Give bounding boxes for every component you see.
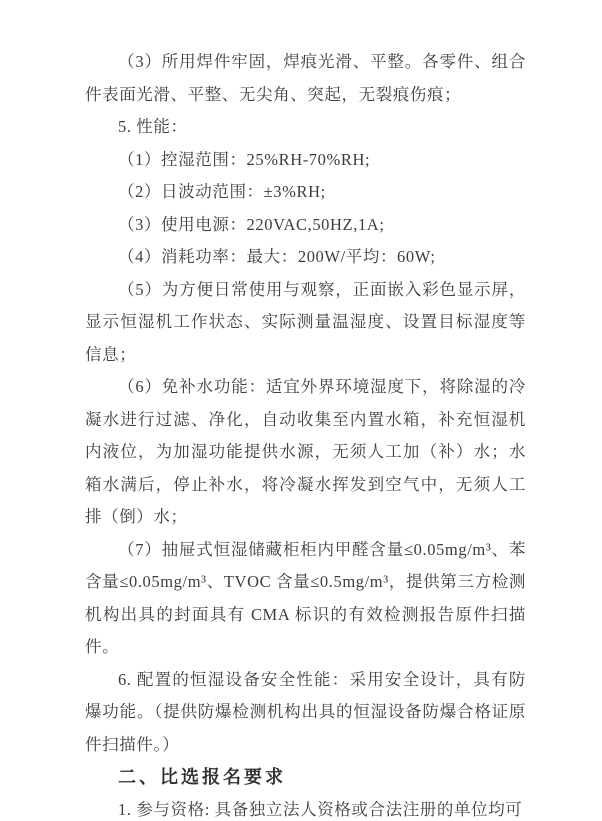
para-welding: （3）所用焊件牢固，焊痕光滑、平整。各零件、组合件表面光滑、平整、无尖角、突起，…: [85, 46, 526, 111]
para-humidity-range: （1）控湿范围：25%RH-70%RH;: [85, 144, 526, 177]
para-daily-fluctuation: （2）日波动范围：±3%RH;: [85, 176, 526, 209]
para-safety: 6. 配置的恒湿设备安全性能：采用安全设计，具有防爆功能。（提供防爆检测机构出具…: [85, 664, 526, 762]
para-power-supply: （3）使用电源：220VAC,50HZ,1A;: [85, 209, 526, 242]
para-water-free: （6）免补水功能：适宜外界环境湿度下，将除湿的冷凝水进行过滤、净化，自动收集至内…: [85, 371, 526, 534]
para-power-consumption: （4）消耗功率：最大：200W/平均：60W;: [85, 241, 526, 274]
para-display: （5）为方便日常使用与观察，正面嵌入彩色显示屏，显示恒湿机工作状态、实际测量温湿…: [85, 274, 526, 372]
document-page: （3）所用焊件牢固，焊痕光滑、平整。各零件、组合件表面光滑、平整、无尖角、突起，…: [0, 0, 602, 821]
para-voc-limits: （7）抽屉式恒湿储藏柜柜内甲醛含量≤0.05mg/m³、苯含量≤0.05mg/m…: [85, 534, 526, 664]
heading-section-2: 二、比选报名要求: [85, 761, 526, 794]
para-qualification: 1. 参与资格: 具备独立法人资格或合法注册的单位均可: [85, 794, 526, 821]
para-performance-title: 5. 性能：: [85, 111, 526, 144]
